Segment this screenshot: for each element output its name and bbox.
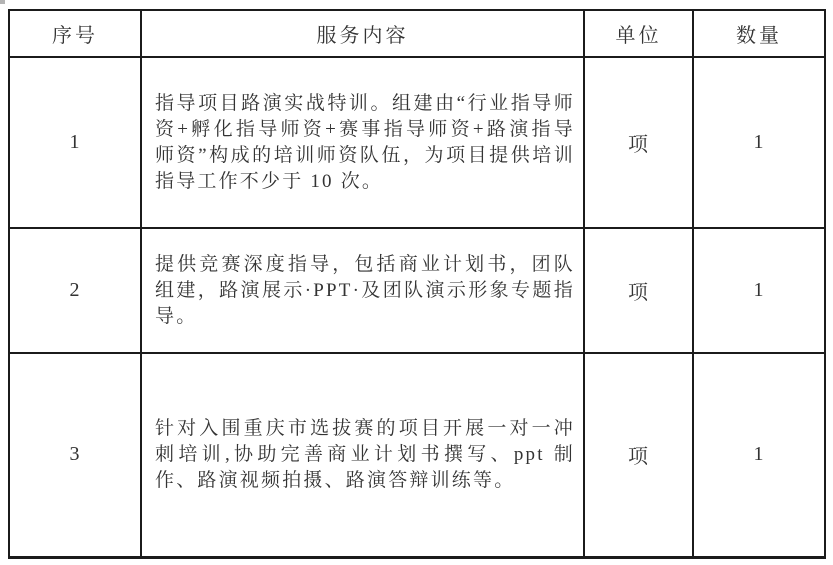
- row-number: 2: [9, 228, 141, 353]
- unit-value: 项: [584, 57, 693, 228]
- quantity-value: 1: [693, 353, 825, 557]
- service-description: 指导项目路演实战特训。组建由“行业指导师资+孵化指导师资+赛事指导师资+路演指导…: [141, 57, 584, 228]
- column-header-content: 服务内容: [141, 10, 584, 57]
- table-row: 2 提供竞赛深度指导，包括商业计划书，团队组建，路演展示·PPT·及团队演示形象…: [9, 228, 825, 353]
- table-header-row: 序号 服务内容 单位 数量: [9, 10, 825, 57]
- quantity-value: 1: [693, 228, 825, 353]
- row-number: 1: [9, 57, 141, 228]
- unit-value: 项: [584, 353, 693, 557]
- quantity-value: 1: [693, 57, 825, 228]
- unit-value: 项: [584, 228, 693, 353]
- table-row: 1 指导项目路演实战特训。组建由“行业指导师资+孵化指导师资+赛事指导师资+路演…: [9, 57, 825, 228]
- service-description: 提供竞赛深度指导，包括商业计划书，团队组建，路演展示·PPT·及团队演示形象专题…: [141, 228, 584, 353]
- document-page: 序号 服务内容 单位 数量 1 指导项目路演实战特训。组建由“行业指导师资+孵化…: [0, 0, 833, 565]
- service-content-table: 序号 服务内容 单位 数量 1 指导项目路演实战特训。组建由“行业指导师资+孵化…: [8, 9, 826, 559]
- row-number: 3: [9, 353, 141, 557]
- column-header-unit: 单位: [584, 10, 693, 57]
- service-description: 针对入围重庆市选拔赛的项目开展一对一冲刺培训,协助完善商业计划书撰写、ppt 制…: [141, 353, 584, 557]
- table-row: 3 针对入围重庆市选拔赛的项目开展一对一冲刺培训,协助完善商业计划书撰写、ppt…: [9, 353, 825, 557]
- column-header-qty: 数量: [693, 10, 825, 57]
- scan-artifact: [0, 0, 5, 4]
- column-header-no: 序号: [9, 10, 141, 57]
